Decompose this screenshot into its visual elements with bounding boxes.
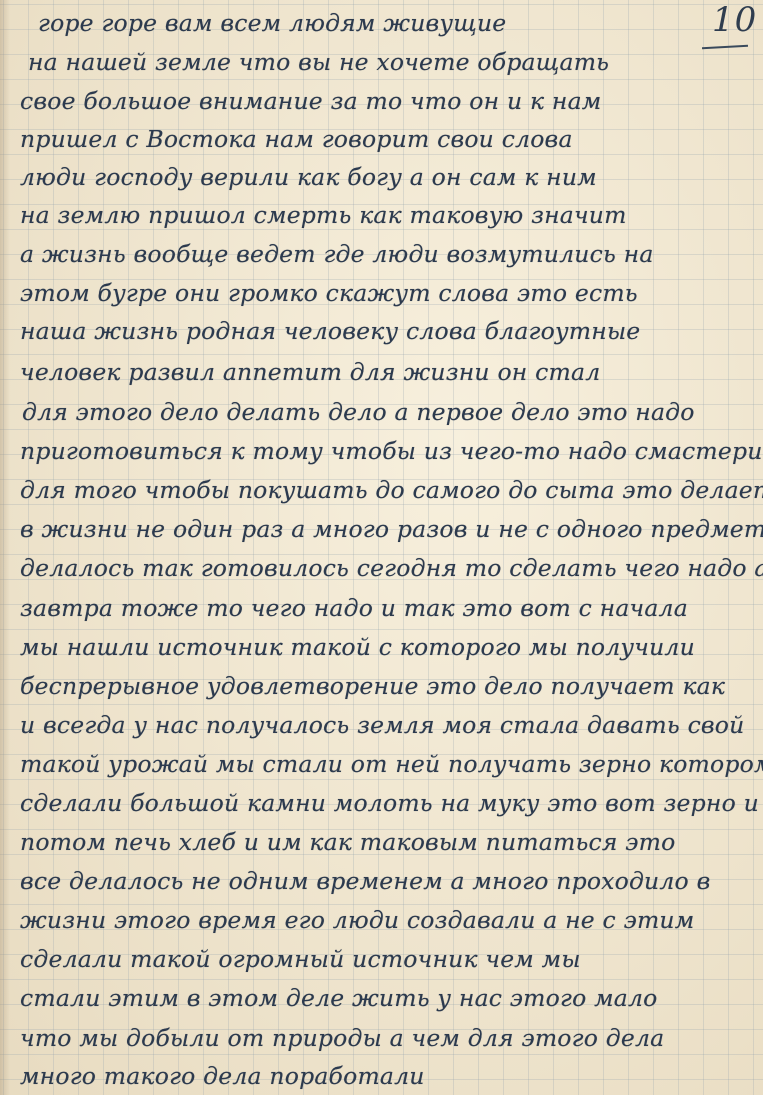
text-line: этом бугре они громко скажут слова это е… <box>20 273 638 313</box>
page-number-underline <box>702 45 748 49</box>
text-line: сделали большой камни молоть на муку это… <box>20 783 759 823</box>
text-line: на нашей земле что вы не хочете обращать <box>28 42 609 82</box>
page-edge-shadow <box>0 0 10 1095</box>
text-line: что мы добыли от природы а чем для этого… <box>20 1018 664 1058</box>
text-line: для того чтобы покушать до самого до сыт… <box>20 470 763 510</box>
text-line: на землю пришол смерть как таковую значи… <box>20 195 627 235</box>
text-line: наша жизнь родная человеку слова благоут… <box>20 311 640 351</box>
page-number: 10 <box>712 0 757 40</box>
text-line: мы нашли источник такой с которого мы по… <box>20 627 695 667</box>
text-line: все делалось не одним временем а много п… <box>20 861 710 901</box>
text-line: приготовиться к тому чтобы из чего-то на… <box>20 431 763 471</box>
text-line: в жизни не один раз а много разов и не с… <box>20 509 763 549</box>
text-line: горе горе вам всем людям живущие <box>38 3 506 43</box>
text-line: сделали такой огромный источник чем мы <box>20 939 581 979</box>
text-line: и всегда у нас получалось земля моя стал… <box>20 705 745 745</box>
text-line: много такого дела поработали <box>20 1056 425 1095</box>
text-line: делалось так готовилось сегодня то сдела… <box>20 548 763 588</box>
text-line: свое большое внимание за то что он и к н… <box>20 81 601 121</box>
text-line: человек развил аппетит для жизни он стал <box>20 352 600 392</box>
text-line: беспрерывное удовлетворение это дело пол… <box>20 666 725 706</box>
text-line: потом печь хлеб и им как таковым питатьс… <box>20 822 675 862</box>
text-line: жизни этого время его люди создавали а н… <box>20 900 694 940</box>
text-line: завтра тоже то чего надо и так это вот с… <box>20 588 688 628</box>
text-line: такой урожай мы стали от ней получать зе… <box>20 744 763 784</box>
text-line: стали этим в этом деле жить у нас этого … <box>20 978 658 1018</box>
text-line: пришел с Востока нам говорит свои слова <box>20 119 573 159</box>
text-line: люди господу верили как богу а он сам к … <box>20 157 597 197</box>
notebook-page: 10 горе горе вам всем людям живущие на н… <box>0 0 763 1095</box>
text-line: а жизнь вообще ведет где люди возмутилис… <box>20 234 654 274</box>
text-line: для этого дело делать дело а первое дело… <box>22 392 695 432</box>
